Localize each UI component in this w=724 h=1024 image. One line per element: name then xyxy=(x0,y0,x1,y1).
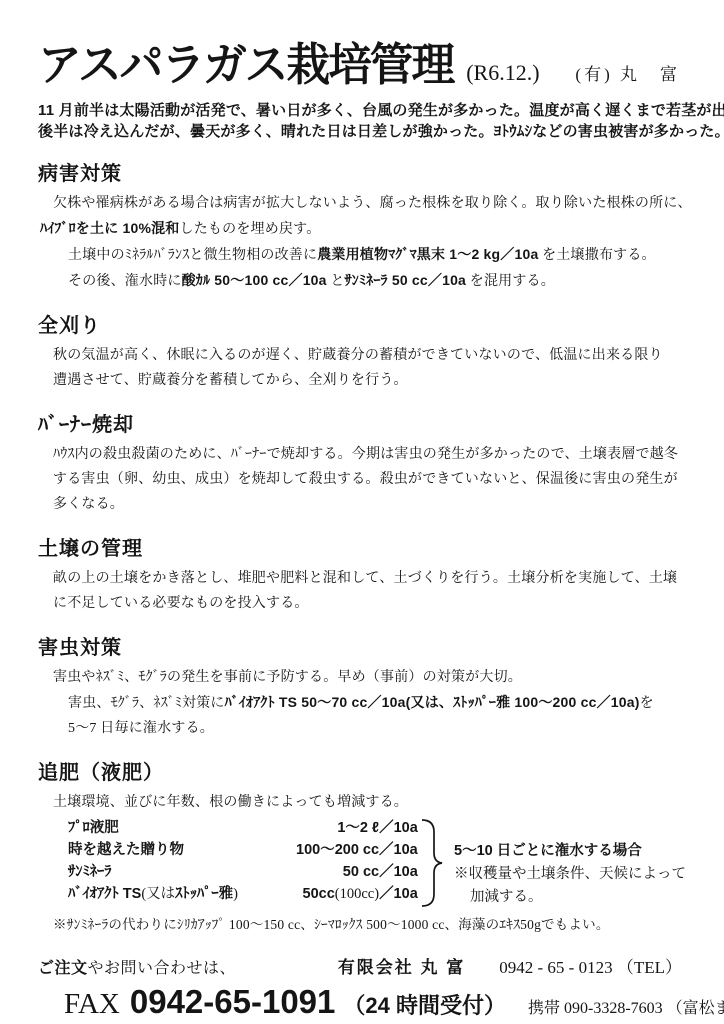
body-line: 遭遇させて、貯蔵養分を蓄積してから、全刈りを行う。 xyxy=(38,368,686,393)
body-line: その後、潅水時に酸ｶﾙ 50～100 cc／10a とｻﾝﾐﾈｰﾗ 50 cc／… xyxy=(38,268,686,294)
body-line: 多くなる。 xyxy=(38,492,686,517)
title-date: (R6.12.) xyxy=(466,60,539,86)
text-segment: 1～2 ℓ／10a xyxy=(337,820,417,836)
text-segment: 土壌中のﾐﾈﾗﾙﾊﾞﾗﾝｽと微生物相の改善に xyxy=(68,248,317,263)
fertilizer-amount: 1～2 ℓ／10a xyxy=(337,817,417,839)
text-segment: ｻﾝﾐﾈｰﾗ 50 cc／10a xyxy=(345,272,466,288)
text-segment: を混用する。 xyxy=(466,274,555,289)
text-segment: 50cc xyxy=(303,886,335,902)
fertilizer-name: ﾊﾞｲｵｱｸﾄ TS(又はｽﾄｯﾊﾟｰ雅) xyxy=(68,883,238,905)
body-line: 害虫やﾈｽﾞﾐ、ﾓｸﾞﾗの発生を事前に予防する。早め（事前）の対策が大切。 xyxy=(38,665,686,690)
tel-number: 0942 - 65 - 0123 （TEL） xyxy=(499,953,682,978)
fertilizer-row: ｻﾝﾐﾈｰﾗ50 cc／10a xyxy=(68,861,418,883)
fertilizer-row-list: ﾌﾟﾛ液肥1～2 ℓ／10a時を越えた贈り物100～200 cc／10aｻﾝﾐﾈ… xyxy=(68,817,418,909)
footer-row-1: ご注文やお問い合わせは、 有限会社 丸 富 0942 - 65 - 0123 （… xyxy=(38,953,686,978)
text-segment: 害虫、ﾓｸﾞﾗ、ﾈｽﾞﾐ対策に xyxy=(68,696,225,711)
document-page: アスパラガス栽培管理 (R6.12.) (有) 丸 富 11 月前半は太陽活動が… xyxy=(0,0,724,1024)
body-line: 5～7 日毎に潅水する。 xyxy=(38,716,686,741)
section-pest-control: 害虫対策 害虫やﾈｽﾞﾐ、ﾓｸﾞﾗの発生を事前に予防する。早め（事前）の対策が大… xyxy=(38,636,686,741)
body-line: 欠株や罹病株がある場合は病害が拡大しないよう、腐った根株を取り除く。取り除いた根… xyxy=(38,191,686,216)
text-segment: 100～200 cc／10a xyxy=(296,842,418,858)
company-tag: (有) 丸 富 xyxy=(575,60,686,85)
text-segment: を土壌撒布する。 xyxy=(538,248,655,263)
section-heading-full-cut: 全刈り xyxy=(38,314,686,338)
page-title: アスパラガス栽培管理 xyxy=(38,28,453,93)
text-segment: 農業用植物ﾏｸﾞﾏ黒末 1～2 kg／10a xyxy=(317,246,538,262)
section-heading-fertilizer: 追肥（液肥） xyxy=(38,761,686,785)
fertilizer-amount: 50cc(100cc)／10a xyxy=(303,883,418,905)
section-body-burner: ﾊｳｽ内の殺虫殺菌のために、ﾊﾞｰﾅｰで焼却する。今期は害虫の発生が多かったので… xyxy=(38,442,686,517)
body-line: に不足している必要なものを投入する。 xyxy=(38,591,686,616)
text-segment: と xyxy=(327,274,345,289)
text-segment: その後、潅水時に xyxy=(68,274,182,289)
text-segment: ﾊﾞｲｵｱｸﾄ TS 50～70 cc／10a(又は、ｽﾄｯﾊﾟｰ雅 100～2… xyxy=(225,694,640,710)
body-line: ﾊｲﾌﾞﾛを土に 10%混和したものを埋め戻す。 xyxy=(38,216,686,242)
fertilizer-footnote: ※ｻﾝﾐﾈｰﾗの代わりにｼﾘｶｱｯﾌﾟ 100～150 cc、ｼｰﾏﾛｯｸｽ 5… xyxy=(38,912,686,937)
body-line: 害虫、ﾓｸﾞﾗ、ﾈｽﾞﾐ対策にﾊﾞｲｵｱｸﾄ TS 50～70 cc／10a(又… xyxy=(38,690,686,716)
note-line-3: 加減する。 xyxy=(454,886,686,909)
contact-footer: ご注文やお問い合わせは、 有限会社 丸 富 0942 - 65 - 0123 （… xyxy=(38,953,686,1021)
section-disease-control: 病害対策 欠株や罹病株がある場合は病害が拡大しないよう、腐った根株を取り除く。取… xyxy=(38,162,686,294)
text-segment: 5～10 日ごとに潅水する場合 xyxy=(454,843,642,859)
contact-lead-text: ご注文やお問い合わせは、 xyxy=(38,955,236,978)
fertilizer-name: ﾌﾟﾛ液肥 xyxy=(68,817,119,839)
fertilizer-row: 時を越えた贈り物100～200 cc／10a xyxy=(68,839,418,861)
curly-brace-icon xyxy=(419,817,443,909)
section-body-soil: 畝の上の土壌をかき落とし、堆肥や肥料と混和して、土づくりを行う。土壌分析を実施し… xyxy=(38,566,686,616)
section-heading-disease: 病害対策 xyxy=(38,162,686,186)
intro-paragraph: 11 月前半は太陽活動が活発で、暑い日が多く、台風の発生が多かった。温度が高く遅… xyxy=(38,100,686,142)
fertilizer-row: ﾌﾟﾛ液肥1～2 ℓ／10a xyxy=(68,817,418,839)
text-segment: ﾌﾟﾛ液肥 xyxy=(68,820,119,836)
text-segment: (100cc) xyxy=(335,886,379,902)
fertilizer-table: ﾌﾟﾛ液肥1～2 ℓ／10a時を越えた贈り物100～200 cc／10aｻﾝﾐﾈ… xyxy=(38,817,686,909)
fertilizer-intro-line: 土壌環境、並びに年数、根の働きによっても増減する。 xyxy=(38,790,686,815)
section-heading-burner: ﾊﾞｰﾅｰ焼却 xyxy=(38,413,686,437)
section-body-pest: 害虫やﾈｽﾞﾐ、ﾓｸﾞﾗの発生を事前に予防する。早め（事前）の対策が大切。害虫、… xyxy=(38,665,686,741)
text-segment: ご注文 xyxy=(38,960,88,977)
mobile-number: 携帯 090-3328-7603 （富松まで） xyxy=(528,995,724,1018)
text-segment: したものを埋め戻す。 xyxy=(180,222,321,237)
section-body-fertilizer: 土壌環境、並びに年数、根の働きによっても増減する。 ﾌﾟﾛ液肥1～2 ℓ／10a… xyxy=(38,790,686,937)
text-segment: ｻﾝﾐﾈｰﾗ xyxy=(68,864,112,880)
fertilizer-amount: 100～200 cc／10a xyxy=(296,839,418,861)
text-segment: 時を越えた贈り物 xyxy=(68,842,184,858)
text-segment: (又は xyxy=(141,886,175,902)
section-heading-soil: 土壌の管理 xyxy=(38,537,686,561)
body-line: 秋の気温が高く、休眠に入るのが遅く、貯蔵養分の蓄積ができていないので、低温に出来… xyxy=(38,343,686,368)
body-line: する害虫（卵、幼虫、成虫）を焼却して殺虫する。殺虫ができていないと、保温後に害虫… xyxy=(38,467,686,492)
text-segment: 酸ｶﾙ 50～100 cc／10a xyxy=(182,272,327,288)
text-segment: ) xyxy=(233,886,238,902)
text-segment: ｽﾄｯﾊﾟｰ雅 xyxy=(175,886,233,902)
text-segment: ﾊﾞｲｵｱｸﾄ TS xyxy=(68,886,141,902)
fertilizer-row: ﾊﾞｲｵｱｸﾄ TS(又はｽﾄｯﾊﾟｰ雅)50cc(100cc)／10a xyxy=(68,883,418,905)
body-line: 土壌中のﾐﾈﾗﾙﾊﾞﾗﾝｽと微生物相の改善に農業用植物ﾏｸﾞﾏ黒末 1～2 kg… xyxy=(38,242,686,268)
brace-glyph xyxy=(418,817,444,909)
company-name: 有限会社 丸 富 xyxy=(338,953,465,978)
text-segment: 50 cc／10a xyxy=(343,864,418,880)
intro-line-2: 後半は冷え込んだが、曇天が多く、晴れた日は日差しが強かった。ﾖﾄｳﾑｼなどの害虫… xyxy=(38,121,686,142)
fax-note: （24 時間受付） xyxy=(343,989,506,1020)
text-segment: ※収穫量や土壌条件、天候によって xyxy=(454,866,686,882)
text-segment: を xyxy=(640,696,654,711)
text-segment: ﾊｲﾌﾞﾛを土に 10%混和 xyxy=(40,220,180,236)
fax-number: 0942-65-1091 xyxy=(130,983,336,1021)
section-body-disease: 欠株や罹病株がある場合は病害が拡大しないよう、腐った根株を取り除く。取り除いた根… xyxy=(38,191,686,294)
title-row: アスパラガス栽培管理 (R6.12.) (有) 丸 富 xyxy=(38,28,686,93)
section-burner: ﾊﾞｰﾅｰ焼却 ﾊｳｽ内の殺虫殺菌のために、ﾊﾞｰﾅｰで焼却する。今期は害虫の発… xyxy=(38,413,686,517)
text-segment: 加減する。 xyxy=(470,889,543,905)
section-full-cut: 全刈り 秋の気温が高く、休眠に入るのが遅く、貯蔵養分の蓄積ができていないので、低… xyxy=(38,314,686,393)
note-line-1: 5～10 日ごとに潅水する場合 xyxy=(454,840,686,863)
section-soil-management: 土壌の管理 畝の上の土壌をかき落とし、堆肥や肥料と混和して、土づくりを行う。土壌… xyxy=(38,537,686,616)
intro-line-1: 11 月前半は太陽活動が活発で、暑い日が多く、台風の発生が多かった。温度が高く遅… xyxy=(38,100,686,121)
body-line: ﾊｳｽ内の殺虫殺菌のために、ﾊﾞｰﾅｰで焼却する。今期は害虫の発生が多かったので… xyxy=(38,442,686,467)
footer-row-2: FAX 0942-65-1091 （24 時間受付） 携帯 090-3328-7… xyxy=(38,983,686,1021)
fertilizer-name: 時を越えた贈り物 xyxy=(68,839,184,861)
fertilizer-amount: 50 cc／10a xyxy=(343,861,418,883)
section-fertilizer: 追肥（液肥） 土壌環境、並びに年数、根の働きによっても増減する。 ﾌﾟﾛ液肥1～… xyxy=(38,761,686,937)
fax-label: FAX xyxy=(64,988,120,1021)
section-body-full-cut: 秋の気温が高く、休眠に入るのが遅く、貯蔵養分の蓄積ができていないので、低温に出来… xyxy=(38,343,686,393)
section-heading-pest: 害虫対策 xyxy=(38,636,686,660)
body-line: 畝の上の土壌をかき落とし、堆肥や肥料と混和して、土づくりを行う。土壌分析を実施し… xyxy=(38,566,686,591)
fertilizer-name: ｻﾝﾐﾈｰﾗ xyxy=(68,861,112,883)
note-line-2: ※収穫量や土壌条件、天候によって xyxy=(454,863,686,886)
text-segment: ／10a xyxy=(379,886,418,902)
fertilizer-notes: 5～10 日ごとに潅水する場合 ※収穫量や土壌条件、天候によって 加減する。 xyxy=(444,817,686,909)
text-segment: やお問い合わせは、 xyxy=(88,960,237,977)
